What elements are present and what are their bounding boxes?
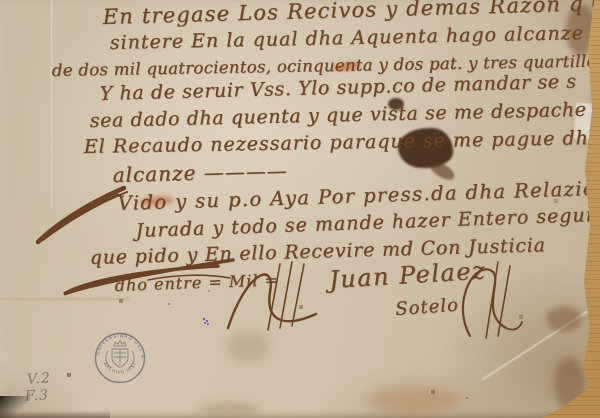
stain-bottom-left (198, 402, 260, 417)
stamp-coat-of-arms-icon (106, 341, 134, 368)
paper-sheet: En tregase Los Recivos y demas Razon q C… (0, 0, 600, 418)
paper-crease-vertical (50, 0, 53, 208)
paper-specks (0, 0, 2, 2)
archival-note-volume: V.2 (26, 370, 51, 388)
stain-bottom-center (366, 386, 460, 414)
manuscript-photo: En tregase Los Recivos y demas Razon q C… (0, 0, 600, 418)
manuscript-line: sea dado dha quenta y que vista se me de… (90, 99, 587, 132)
stamp-bottom-text: ARCHIVO HISTORICO (87, 325, 139, 376)
manuscript-line: El Recaudo nezessario paraque se me pagu… (84, 127, 600, 158)
signature-surname: Sotelo (395, 295, 460, 320)
stain-right-1 (546, 306, 582, 332)
underline-flourish (58, 252, 238, 300)
archive-stamp: UNIVERSIDAD DEL ROSARIO ARCHIVO HISTORIC… (87, 325, 153, 391)
paragraph-flourish (32, 182, 132, 248)
blue-ink-mark (203, 318, 205, 320)
stain-right-2 (554, 358, 586, 410)
svg-text:ARCHIVO HISTORICO: ARCHIVO HISTORICO (87, 325, 139, 376)
manuscript-line: alcanze ———— (112, 158, 288, 187)
bottom-edge-shade (0, 411, 110, 418)
signature-rubric-left (218, 256, 333, 336)
